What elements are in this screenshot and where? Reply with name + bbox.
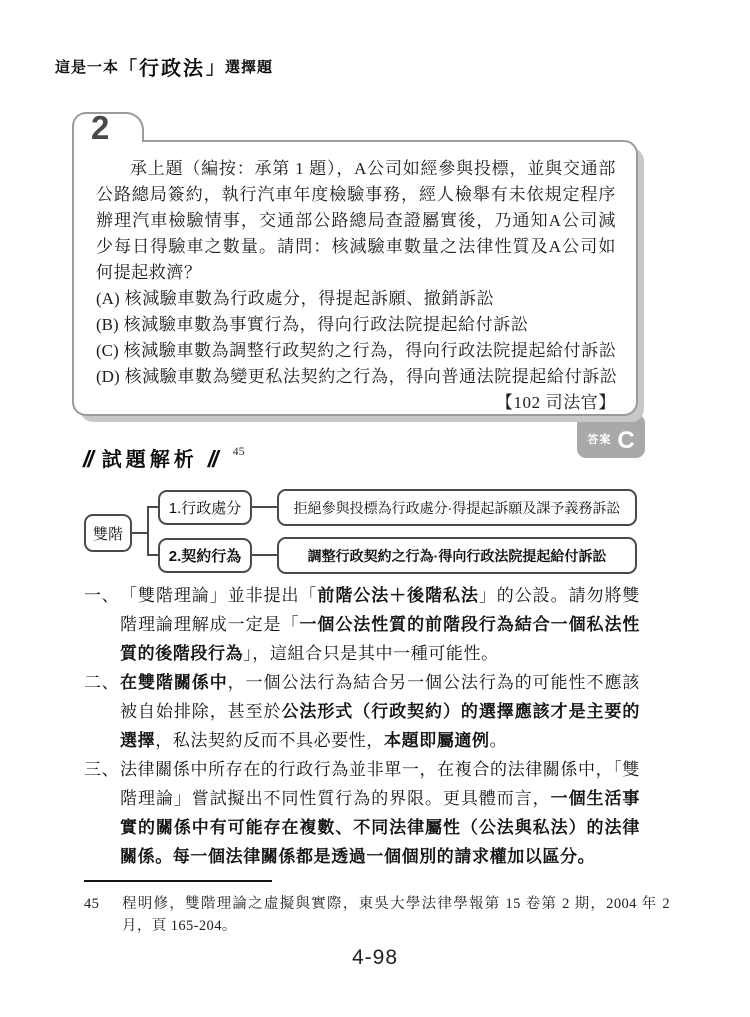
header-bracket-close: 」 [206,54,225,80]
option-row-a: (A)核減驗車數為行政處分，得提起訴願、撤銷訴訟 [96,286,616,312]
option-text: 核減驗車數為行政處分，得提起訴願、撤銷訴訟 [125,289,495,308]
analysis-heading: // 試題解析 // 45 [83,447,245,472]
analysis-body: 一、「雙階理論」並非提出「前階公法＋後階私法」的公設。請勿將雙階理論理解成一定是… [84,581,640,871]
option-label: (A) [96,289,120,308]
option-label: (D) [96,367,120,386]
footnote-reference: 45 [233,444,245,459]
exam-source: 【102 司法官】 [96,390,616,416]
analysis-heading-title: 試題解析 [102,448,198,472]
header-brand: 行政法 [139,52,205,81]
analysis-paragraph-3: 三、法律關係中所存在的行政行為並非單一，在複合的法律關係中，「雙階理論」嘗試擬出… [84,755,640,871]
question-stem: 承上題（編按：承第 1 題），A公司如經參與投標，並與交通部公路總局簽約，執行汽… [96,156,616,286]
option-label: (C) [96,341,119,360]
answer-badge-label: 答案 [587,431,611,447]
option-row-d: (D)核減驗車數為變更私法契約之行為，得向普通法院提起給付訴訟 [96,364,616,390]
question-number: 2 [91,111,109,145]
option-text: 核減驗車數為事實行為，得向行政法院提起給付訴訟 [124,315,529,334]
question-number-tab: 2 [72,112,144,142]
answer-badge: 答案 C [577,414,645,458]
option-row-b: (B)核減驗車數為事實行為，得向行政法院提起給付訴訟 [96,312,616,338]
option-label: (B) [96,315,119,334]
heading-slash-left: // [83,447,92,471]
text-run-bold: 前階公法＋後階私法 [317,586,478,605]
diagram-branch2-label-box: 2.契約行為 [158,538,252,573]
text-run: 」，這組合只是其中一種可能性。 [243,644,499,663]
list-marker: 二、 [84,668,119,697]
heading-slash-right: // [208,447,217,471]
text-run: ，私法契約反而不具必要性， [155,731,384,750]
diagram-branch1-text-box: 拒絕參與投標為行政處分·得提起訴願及課予義務訴訟 [277,489,637,526]
connector-line [132,532,147,534]
book-page: 這是一本「行政法」選擇題 答案 C 2 承上題（編按：承第 1 題），A公司如經… [0,0,750,1017]
footnote-number: 45 [84,893,99,915]
diagram-branch1-label-box: 1.行政處分 [158,490,252,525]
header-suffix: 選擇題 [225,56,273,77]
connector-line [147,554,158,556]
text-run-bold: 本題即屬適例 [384,731,490,750]
answer-letter: C [617,430,634,452]
header-prefix: 這是一本 [55,56,119,77]
text-run: 。 [490,731,508,750]
connector-line [147,506,158,508]
connector-line [252,506,277,508]
footnote-divider [84,880,272,882]
analysis-paragraph-2: 二、在雙階關係中，一個公法行為結合另一個公法行為的可能性不應該被自始排除，甚至於… [84,668,640,755]
footnote: 45 程明修，雙階理論之虛擬與實際，東吳大學法律學報第 15 卷第 2 期，20… [84,893,670,937]
header-bracket-open: 「 [119,54,138,80]
question-card: 2 承上題（編按：承第 1 題），A公司如經參與投標，並與交通部公路總局簽約，執… [72,140,638,416]
analysis-paragraph-1: 一、「雙階理論」並非提出「前階公法＋後階私法」的公設。請勿將雙階理論理解成一定是… [84,581,640,668]
connector-line [252,554,277,556]
diagram-branch2-text-box: 調整行政契約之行為·得向行政法院提起給付訴訟 [277,537,637,574]
text-run-bold: 在雙階關係中 [120,673,228,692]
option-row-c: (C)核減驗車數為調整行政契約之行為，得向行政法院提起給付訴訟 [96,338,616,364]
running-header: 這是一本「行政法」選擇題 [55,52,273,81]
diagram-root-box: 雙階 [84,514,132,552]
list-marker: 一、 [84,581,119,610]
option-text: 核減驗車數為調整行政契約之行為，得向行政法院提起給付訴訟 [124,341,617,360]
page-number: 4-98 [0,946,750,970]
text-run: 「雙階理論」並非提出「 [120,586,317,605]
connector-line [147,506,149,556]
footnote-text: 程明修，雙階理論之虛擬與實際，東吳大學法律學報第 15 卷第 2 期，2004 … [122,896,670,934]
list-marker: 三、 [84,755,119,784]
option-text: 核減驗車數為變更私法契約之行為，得向普通法院提起給付訴訟 [125,367,618,386]
